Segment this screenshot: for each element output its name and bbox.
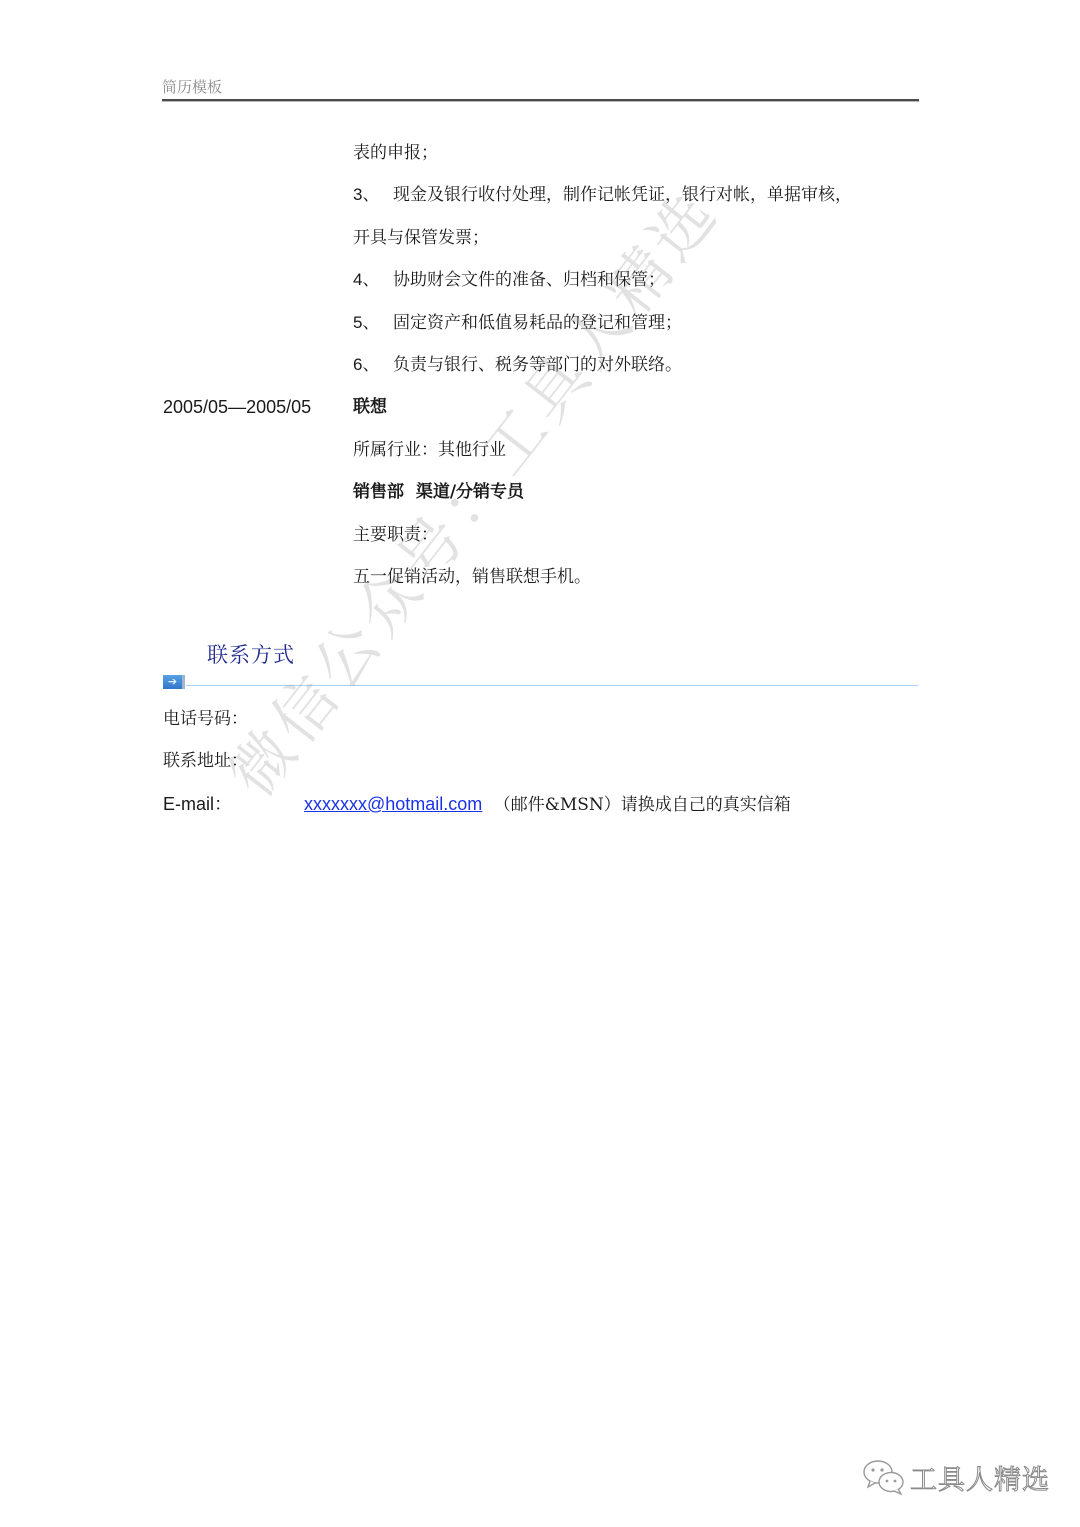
section-title-contact: 联系方式: [207, 641, 295, 669]
duty-line: 3、现金及银行收付处理，制作记帐凭证，银行对帐，单据审核，: [353, 183, 852, 207]
email-note: （邮件&MSN）请换成自己的真实信箱: [494, 795, 791, 815]
job-position: 销售部 渠道/分销专员: [353, 480, 524, 504]
header-title: 简历模板: [162, 76, 919, 98]
job-company: 联想: [353, 395, 387, 419]
section-rule: [186, 685, 918, 686]
job-industry: 所属行业：其他行业: [353, 438, 506, 462]
job-date-range: 2005/05—2005/05: [163, 395, 311, 419]
duty-line: 4、协助财会文件的准备、归档和保管；: [353, 268, 665, 292]
phone-label: 电话号码：: [163, 707, 248, 731]
arrow-right-icon: ➔: [163, 675, 185, 689]
duty-line: 6、负责与银行、税务等部门的对外联络。: [353, 353, 682, 377]
brand-logo: 工具人精选: [862, 1457, 1050, 1497]
email-label: E-mail：: [163, 792, 232, 816]
page-header: 简历模板: [162, 76, 919, 102]
header-rule: [162, 99, 919, 102]
email-row: xxxxxxx@hotmail.com （邮件&MSN）请换成自己的真实信箱: [304, 792, 791, 817]
duty-line: 开具与保管发票；: [353, 226, 489, 250]
address-label: 联系地址：: [163, 749, 248, 773]
email-link[interactable]: xxxxxxx@hotmail.com: [304, 794, 482, 814]
duty-line: 表的申报；: [353, 141, 438, 165]
duty-line: 5、固定资产和低值易耗品的登记和管理；: [353, 311, 682, 335]
wechat-icon: [862, 1457, 906, 1497]
job-duties: 五一促销活动，销售联想手机。: [353, 565, 591, 589]
job-duties-label: 主要职责：: [353, 523, 438, 547]
logo-text: 工具人精选: [910, 1458, 1050, 1497]
